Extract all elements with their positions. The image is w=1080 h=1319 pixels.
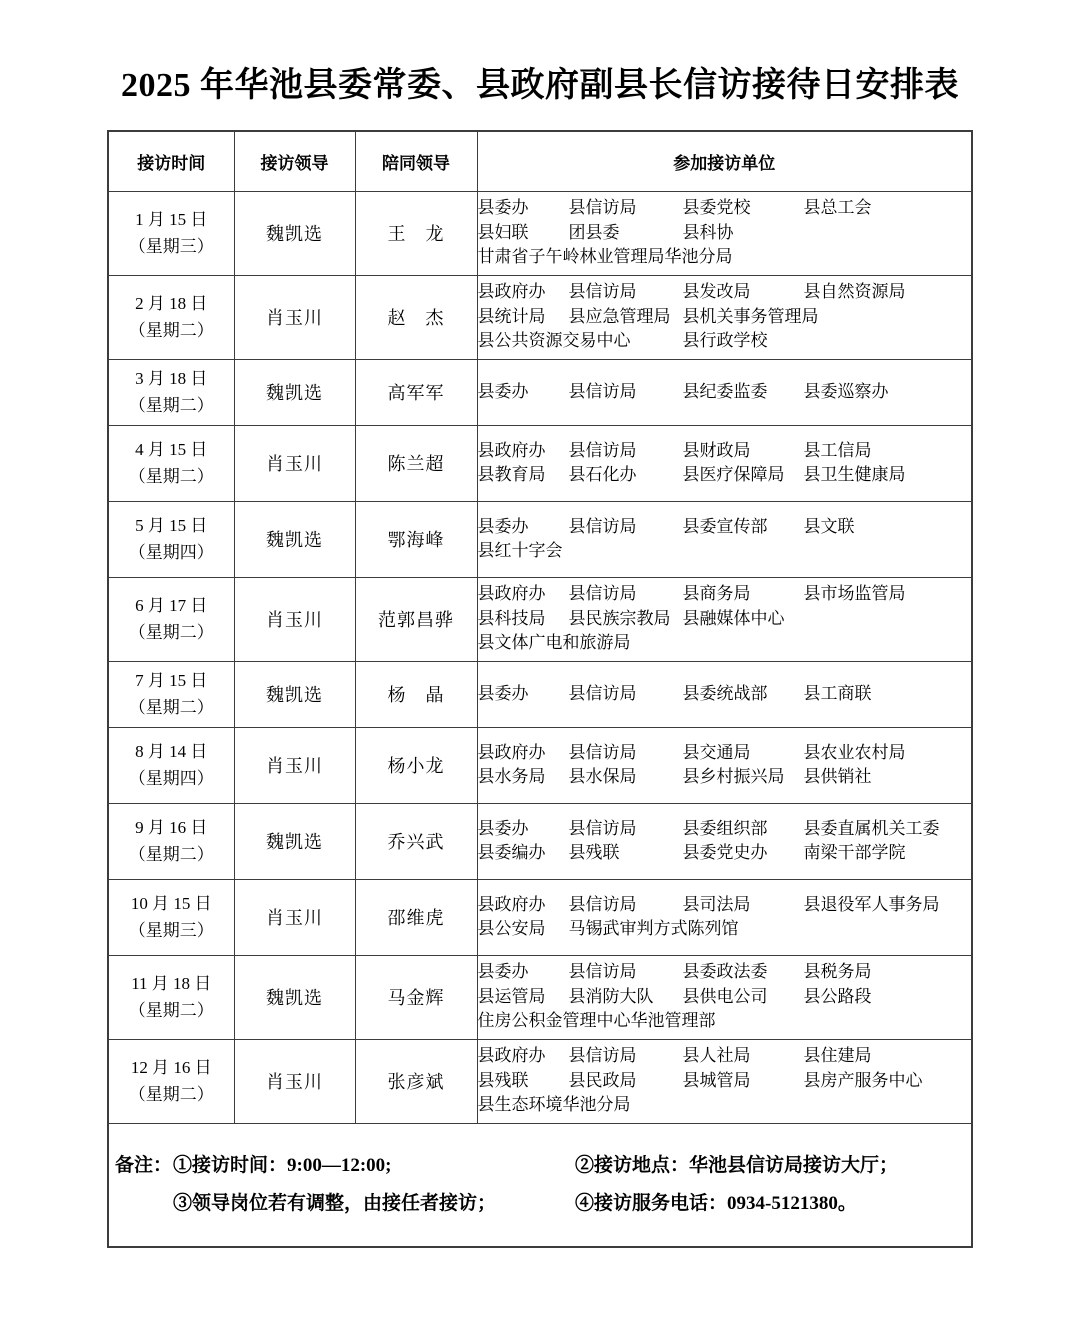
participating-units-cell: 县委办县信访局县委组织部县委直属机关工委县委编办县残联县委党史办南梁干部学院 [477, 803, 972, 879]
unit-name: 住房公积金管理中心华池管理部 [478, 1009, 716, 1034]
visit-date: 5 月 15 日 [109, 512, 234, 539]
reception-leader-cell: 肖玉川 [234, 275, 355, 359]
unit-name: 县乡村振兴局 [683, 765, 804, 790]
unit-name: 县信访局 [569, 1044, 683, 1069]
units-line: 县政府办县信访局县发改局县自然资源局 [478, 280, 972, 305]
unit-name: 县民族宗教局 [569, 607, 683, 632]
visit-date: 3 月 18 日 [109, 365, 234, 392]
schedule-row: 3 月 18 日（星期二）魏凯选高军军县委办县信访局县纪委监委县委巡察办 [108, 359, 972, 425]
units-line: 县运管局县消防大队县供电公司县公路段 [478, 985, 972, 1010]
unit-name: 县行政学校 [683, 329, 768, 354]
schedule-row: 11 月 18 日（星期二）魏凯选马金辉县委办县信访局县委政法委县税务局县运管局… [108, 955, 972, 1039]
visit-date: 11 月 18 日 [109, 970, 234, 997]
units-line: 县政府办县信访局县财政局县工信局 [478, 439, 972, 464]
unit-name: 县应急管理局 [569, 305, 683, 330]
col-header-reception-leader: 接访领导 [234, 131, 355, 191]
header-row: 接访时间 接访领导 陪同领导 参加接访单位 [108, 131, 972, 191]
schedule-row: 9 月 16 日（星期二）魏凯选乔兴武县委办县信访局县委组织部县委直属机关工委县… [108, 803, 972, 879]
unit-name: 县供电公司 [683, 985, 804, 1010]
participating-units-cell: 县政府办县信访局县财政局县工信局县教育局县石化办县医疗保障局县卫生健康局 [477, 425, 972, 501]
notes-block: 备注： ①接访时间：9:00—12:00; ②接访地点：华池县信访局接访大厅； … [109, 1147, 971, 1223]
schedule-row: 7 月 15 日（星期二）魏凯选杨 晶县委办县信访局县委统战部县工商联 [108, 661, 972, 727]
units-line: 县科技局县民族宗教局县融媒体中心 [478, 607, 972, 632]
unit-name: 县委政法委 [683, 960, 804, 985]
unit-name: 县医疗保障局 [683, 463, 804, 488]
units-line: 县政府办县信访局县司法局县退役军人事务局 [478, 893, 972, 918]
unit-name: 县委巡察办 [804, 380, 889, 405]
col-header-accompanying-leader: 陪同领导 [355, 131, 477, 191]
unit-name: 县运管局 [478, 985, 569, 1010]
participating-units-cell: 县委办县信访局县委宣传部县文联县红十字会 [477, 501, 972, 577]
unit-name: 县委党校 [683, 196, 804, 221]
unit-name: 县工信局 [804, 439, 872, 464]
unit-name: 县信访局 [569, 515, 683, 540]
units-line: 县委办县信访局县委宣传部县文联 [478, 515, 972, 540]
visit-date-cell: 8 月 14 日（星期四） [108, 727, 234, 803]
unit-name: 县科协 [683, 221, 734, 246]
unit-name: 县政府办 [478, 280, 569, 305]
participating-units-cell: 县委办县信访局县委统战部县工商联 [477, 661, 972, 727]
unit-name: 县信访局 [569, 893, 683, 918]
visit-date: 12 月 16 日 [109, 1054, 234, 1081]
unit-name: 县委直属机关工委 [804, 817, 940, 842]
unit-name: 县融媒体中心 [683, 607, 785, 632]
accompanying-leader-cell: 杨小龙 [355, 727, 477, 803]
unit-name: 县自然资源局 [804, 280, 906, 305]
notes-row: 备注： ①接访时间：9:00—12:00; ②接访地点：华池县信访局接访大厅； … [108, 1123, 972, 1247]
schedule-row: 4 月 15 日（星期二）肖玉川陈兰超县政府办县信访局县财政局县工信局县教育局县… [108, 425, 972, 501]
unit-name: 县妇联 [478, 221, 569, 246]
visit-date: 1 月 15 日 [109, 206, 234, 233]
unit-name: 县信访局 [569, 682, 683, 707]
units-line: 县政府办县信访局县人社局县住建局 [478, 1044, 972, 1069]
accompanying-leader-cell: 张彦斌 [355, 1039, 477, 1123]
unit-name: 县委统战部 [683, 682, 804, 707]
units-line: 县文体广电和旅游局 [478, 631, 972, 656]
schedule-row: 10 月 15 日（星期三）肖玉川邵维虎县政府办县信访局县司法局县退役军人事务局… [108, 879, 972, 955]
unit-name: 县市场监管局 [804, 582, 906, 607]
participating-units-cell: 县政府办县信访局县交通局县农业农村局县水务局县水保局县乡村振兴局县供销社 [477, 727, 972, 803]
schedule-table: 接访时间 接访领导 陪同领导 参加接访单位 1 月 15 日（星期三）魏凯选王 … [107, 130, 973, 1248]
unit-name: 县商务局 [683, 582, 804, 607]
reception-leader-cell: 魏凯选 [234, 661, 355, 727]
unit-name: 县委办 [478, 196, 569, 221]
note-item-2: ②接访地点：华池县信访局接访大厅； [575, 1147, 898, 1185]
unit-name: 县公路段 [804, 985, 872, 1010]
visit-date: 9 月 16 日 [109, 814, 234, 841]
units-line: 县水务局县水保局县乡村振兴局县供销社 [478, 765, 972, 790]
units-line: 县残联县民政局县城管局县房产服务中心 [478, 1069, 972, 1094]
unit-name: 县司法局 [683, 893, 804, 918]
reception-leader-cell: 肖玉川 [234, 425, 355, 501]
visit-weekday: （星期四） [109, 765, 234, 792]
accompanying-leader-cell: 赵 杰 [355, 275, 477, 359]
participating-units-cell: 县委办县信访局县纪委监委县委巡察办 [477, 359, 972, 425]
unit-name: 马锡武审判方式陈列馆 [569, 917, 739, 942]
units-line: 县委编办县残联县委党史办南梁干部学院 [478, 841, 972, 866]
visit-date-cell: 12 月 16 日（星期二） [108, 1039, 234, 1123]
unit-name: 团县委 [569, 221, 683, 246]
unit-name: 县信访局 [569, 439, 683, 464]
unit-name: 县政府办 [478, 893, 569, 918]
unit-name: 县生态环境华池分局 [478, 1093, 631, 1118]
document-page: 2025 年华池县委常委、县政府副县长信访接待日安排表 接访时间 接访领导 陪同… [0, 0, 1080, 1319]
schedule-row: 5 月 15 日（星期四）魏凯选鄂海峰县委办县信访局县委宣传部县文联县红十字会 [108, 501, 972, 577]
unit-name: 县信访局 [569, 960, 683, 985]
notes-line-1: 备注： ①接访时间：9:00—12:00; ②接访地点：华池县信访局接访大厅； [115, 1147, 971, 1185]
notes-label: 备注： [115, 1147, 173, 1185]
unit-name: 县信访局 [569, 741, 683, 766]
notes-indent [115, 1185, 173, 1223]
units-line: 县红十字会 [478, 539, 972, 564]
visit-date: 4 月 15 日 [109, 436, 234, 463]
unit-name: 县委组织部 [683, 817, 804, 842]
page-title: 2025 年华池县委常委、县政府副县长信访接待日安排表 [0, 0, 1080, 108]
unit-name: 县委办 [478, 515, 569, 540]
schedule-row: 12 月 16 日（星期二）肖玉川张彦斌县政府办县信访局县人社局县住建局县残联县… [108, 1039, 972, 1123]
visit-date-cell: 9 月 16 日（星期二） [108, 803, 234, 879]
visit-weekday: （星期二） [109, 997, 234, 1024]
unit-name: 县财政局 [683, 439, 804, 464]
unit-name: 县信访局 [569, 817, 683, 842]
unit-name: 县公共资源交易中心 [478, 329, 569, 354]
unit-name: 县政府办 [478, 439, 569, 464]
units-line: 县公共资源交易中心县行政学校 [478, 329, 972, 354]
unit-name: 县文体广电和旅游局 [478, 631, 631, 656]
visit-weekday: （星期二） [109, 317, 234, 344]
unit-name: 县水务局 [478, 765, 569, 790]
unit-name: 县统计局 [478, 305, 569, 330]
unit-name: 县委办 [478, 960, 569, 985]
participating-units-cell: 县政府办县信访局县司法局县退役军人事务局县公安局马锡武审判方式陈列馆 [477, 879, 972, 955]
participating-units-cell: 县政府办县信访局县发改局县自然资源局县统计局县应急管理局县机关事务管理局县公共资… [477, 275, 972, 359]
accompanying-leader-cell: 陈兰超 [355, 425, 477, 501]
unit-name: 县教育局 [478, 463, 569, 488]
unit-name: 县石化办 [569, 463, 683, 488]
unit-name: 县总工会 [804, 196, 872, 221]
reception-leader-cell: 魏凯选 [234, 191, 355, 275]
reception-leader-cell: 魏凯选 [234, 803, 355, 879]
unit-name: 县委宣传部 [683, 515, 804, 540]
unit-name: 县委编办 [478, 841, 569, 866]
unit-name: 县发改局 [683, 280, 804, 305]
participating-units-cell: 县政府办县信访局县商务局县市场监管局县科技局县民族宗教局县融媒体中心县文体广电和… [477, 577, 972, 661]
visit-date-cell: 6 月 17 日（星期二） [108, 577, 234, 661]
unit-name: 南梁干部学院 [804, 841, 906, 866]
visit-date-cell: 4 月 15 日（星期二） [108, 425, 234, 501]
unit-name: 县交通局 [683, 741, 804, 766]
visit-weekday: （星期三） [109, 233, 234, 260]
accompanying-leader-cell: 杨 晶 [355, 661, 477, 727]
visit-date: 8 月 14 日 [109, 738, 234, 765]
units-line: 县委办县信访局县委组织部县委直属机关工委 [478, 817, 972, 842]
units-line: 县委办县信访局县委政法委县税务局 [478, 960, 972, 985]
units-line: 县教育局县石化办县医疗保障局县卫生健康局 [478, 463, 972, 488]
participating-units-cell: 县政府办县信访局县人社局县住建局县残联县民政局县城管局县房产服务中心县生态环境华… [477, 1039, 972, 1123]
unit-name: 县委办 [478, 817, 569, 842]
units-line: 县政府办县信访局县商务局县市场监管局 [478, 582, 972, 607]
accompanying-leader-cell: 乔兴武 [355, 803, 477, 879]
accompanying-leader-cell: 高军军 [355, 359, 477, 425]
unit-name: 县房产服务中心 [804, 1069, 923, 1094]
reception-leader-cell: 魏凯选 [234, 359, 355, 425]
units-line: 县委办县信访局县委党校县总工会 [478, 196, 972, 221]
unit-name: 县文联 [804, 515, 855, 540]
units-line: 甘肃省子午岭林业管理局华池分局 [478, 245, 972, 270]
unit-name: 县科技局 [478, 607, 569, 632]
unit-name: 县委办 [478, 682, 569, 707]
visit-date: 6 月 17 日 [109, 592, 234, 619]
unit-name: 县卫生健康局 [804, 463, 906, 488]
unit-name: 县残联 [569, 841, 683, 866]
schedule-row: 1 月 15 日（星期三）魏凯选王 龙县委办县信访局县委党校县总工会县妇联团县委… [108, 191, 972, 275]
unit-name: 县信访局 [569, 582, 683, 607]
unit-name: 县税务局 [804, 960, 872, 985]
col-header-visit-time: 接访时间 [108, 131, 234, 191]
unit-name: 县信访局 [569, 280, 683, 305]
schedule-row: 6 月 17 日（星期二）肖玉川范郭昌骅县政府办县信访局县商务局县市场监管局县科… [108, 577, 972, 661]
visit-date-cell: 11 月 18 日（星期二） [108, 955, 234, 1039]
unit-name: 县红十字会 [478, 539, 563, 564]
participating-units-cell: 县委办县信访局县委党校县总工会县妇联团县委县科协甘肃省子午岭林业管理局华池分局 [477, 191, 972, 275]
unit-name: 县委党史办 [683, 841, 804, 866]
unit-name: 县住建局 [804, 1044, 872, 1069]
reception-leader-cell: 肖玉川 [234, 1039, 355, 1123]
unit-name: 县退役军人事务局 [804, 893, 940, 918]
unit-name [569, 329, 683, 354]
unit-name: 县消防大队 [569, 985, 683, 1010]
visit-date-cell: 3 月 18 日（星期二） [108, 359, 234, 425]
units-line: 县委办县信访局县纪委监委县委巡察办 [478, 380, 972, 405]
unit-name: 县信访局 [569, 380, 683, 405]
schedule-row: 8 月 14 日（星期四）肖玉川杨小龙县政府办县信访局县交通局县农业农村局县水务… [108, 727, 972, 803]
note-item-3: ③领导岗位若有调整，由接任者接访； [173, 1185, 575, 1223]
note-item-4: ④接访服务电话：0934-5121380。 [575, 1185, 857, 1223]
unit-name: 县农业农村局 [804, 741, 906, 766]
accompanying-leader-cell: 范郭昌骅 [355, 577, 477, 661]
reception-leader-cell: 肖玉川 [234, 577, 355, 661]
unit-name: 县政府办 [478, 1044, 569, 1069]
units-line: 县统计局县应急管理局县机关事务管理局 [478, 305, 972, 330]
visit-weekday: （星期二） [109, 841, 234, 868]
unit-name: 甘肃省子午岭林业管理局华池分局 [478, 245, 733, 270]
unit-name: 县政府办 [478, 582, 569, 607]
accompanying-leader-cell: 邵维虎 [355, 879, 477, 955]
unit-name: 县委办 [478, 380, 569, 405]
visit-date: 2 月 18 日 [109, 290, 234, 317]
visit-date-cell: 7 月 15 日（星期二） [108, 661, 234, 727]
unit-name: 县工商联 [804, 682, 872, 707]
note-item-1: ①接访时间：9:00—12:00; [173, 1147, 575, 1185]
notes-line-2: ③领导岗位若有调整，由接任者接访； ④接访服务电话：0934-5121380。 [115, 1185, 971, 1223]
unit-name: 县城管局 [683, 1069, 804, 1094]
unit-name: 县水保局 [569, 765, 683, 790]
visit-weekday: （星期二） [109, 1081, 234, 1108]
units-line: 县生态环境华池分局 [478, 1093, 972, 1118]
unit-name: 县纪委监委 [683, 380, 804, 405]
visit-date-cell: 5 月 15 日（星期四） [108, 501, 234, 577]
unit-name: 县政府办 [478, 741, 569, 766]
visit-date-cell: 2 月 18 日（星期二） [108, 275, 234, 359]
reception-leader-cell: 肖玉川 [234, 727, 355, 803]
notes-cell: 备注： ①接访时间：9:00—12:00; ②接访地点：华池县信访局接访大厅； … [108, 1123, 972, 1247]
units-line: 县公安局马锡武审判方式陈列馆 [478, 917, 972, 942]
reception-leader-cell: 肖玉川 [234, 879, 355, 955]
visit-date-cell: 1 月 15 日（星期三） [108, 191, 234, 275]
unit-name: 县民政局 [569, 1069, 683, 1094]
units-line: 县委办县信访局县委统战部县工商联 [478, 682, 972, 707]
visit-weekday: （星期二） [109, 619, 234, 646]
visit-weekday: （星期四） [109, 539, 234, 566]
accompanying-leader-cell: 王 龙 [355, 191, 477, 275]
units-line: 住房公积金管理中心华池管理部 [478, 1009, 972, 1034]
units-line: 县政府办县信访局县交通局县农业农村局 [478, 741, 972, 766]
visit-date-cell: 10 月 15 日（星期三） [108, 879, 234, 955]
visit-date: 10 月 15 日 [109, 890, 234, 917]
unit-name: 县机关事务管理局 [683, 305, 819, 330]
participating-units-cell: 县委办县信访局县委政法委县税务局县运管局县消防大队县供电公司县公路段住房公积金管… [477, 955, 972, 1039]
unit-name: 县公安局 [478, 917, 569, 942]
accompanying-leader-cell: 鄂海峰 [355, 501, 477, 577]
unit-name: 县人社局 [683, 1044, 804, 1069]
visit-weekday: （星期二） [109, 392, 234, 419]
schedule-row: 2 月 18 日（星期二）肖玉川赵 杰县政府办县信访局县发改局县自然资源局县统计… [108, 275, 972, 359]
accompanying-leader-cell: 马金辉 [355, 955, 477, 1039]
units-line: 县妇联团县委县科协 [478, 221, 972, 246]
unit-name: 县信访局 [569, 196, 683, 221]
reception-leader-cell: 魏凯选 [234, 955, 355, 1039]
reception-leader-cell: 魏凯选 [234, 501, 355, 577]
visit-date: 7 月 15 日 [109, 667, 234, 694]
unit-name: 县残联 [478, 1069, 569, 1094]
col-header-participating-units: 参加接访单位 [477, 131, 972, 191]
visit-weekday: （星期二） [109, 694, 234, 721]
visit-weekday: （星期三） [109, 917, 234, 944]
unit-name: 县供销社 [804, 765, 872, 790]
visit-weekday: （星期二） [109, 463, 234, 490]
